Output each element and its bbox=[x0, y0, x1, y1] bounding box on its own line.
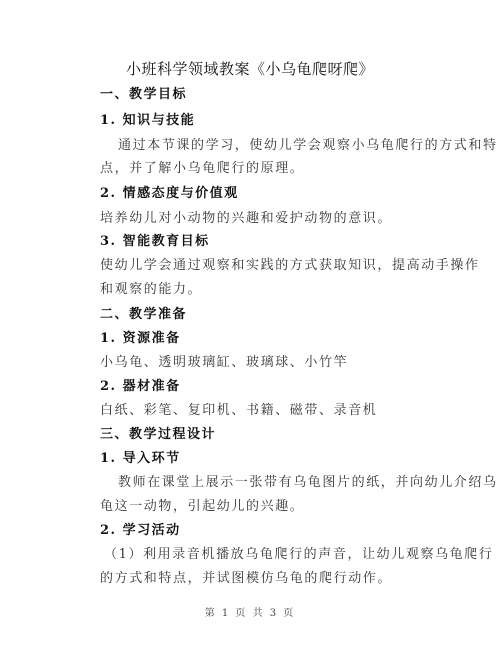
paragraph-line: 通过本节课的学习，使幼儿学会观察小乌龟爬行的方式和特 bbox=[118, 138, 498, 154]
section-heading-teaching-goals: 一、教学目标 bbox=[100, 87, 187, 103]
subheading-knowledge-skills: 1. 知识与技能 bbox=[100, 113, 195, 129]
paragraph-line: 使幼儿学会通过观察和实践的方式获取知识，提高动手操作 bbox=[100, 258, 480, 274]
document-title: 小班科学领域教案《小乌龟爬呀爬》 bbox=[0, 58, 500, 79]
paragraph-line: 小乌龟、透明玻璃缸、玻璃球、小竹竿 bbox=[100, 355, 348, 371]
section-heading-teaching-process: 三、教学过程设计 bbox=[100, 427, 216, 443]
subheading-resource-prep: 1. 资源准备 bbox=[100, 331, 181, 347]
paragraph-line: （1）利用录音机播放乌龟爬行的声音，让幼儿观察乌龟爬行 bbox=[104, 547, 493, 563]
subheading-learning-activity: 2. 学习活动 bbox=[100, 523, 181, 539]
subheading-equipment-prep: 2. 器材准备 bbox=[100, 379, 181, 395]
paragraph-line: 培养幼儿对小动物的兴趣和爱护动物的意识。 bbox=[100, 211, 392, 227]
paragraph-line: 和观察的能力。 bbox=[100, 282, 202, 298]
subheading-emotion-values: 2. 情感态度与价值观 bbox=[100, 186, 239, 202]
subheading-intelligence-goals: 3. 智能教育目标 bbox=[100, 234, 210, 250]
paragraph-line: 白纸、彩笔、复印机、书籍、磁带、录音机 bbox=[100, 403, 377, 419]
paragraph-line: 教师在课堂上展示一张带有乌龟图片的纸，并向幼儿介绍乌 bbox=[118, 475, 498, 491]
document-page: 小班科学领域教案《小乌龟爬呀爬》 一、教学目标 1. 知识与技能 通过本节课的学… bbox=[0, 0, 500, 647]
paragraph-line: 龟这一动物，引起幼儿的兴趣。 bbox=[100, 499, 304, 515]
page-number-footer: 第 1 页 共 3 页 bbox=[0, 604, 500, 619]
section-heading-teaching-prep: 二、教学准备 bbox=[100, 307, 187, 323]
paragraph-line: 的方式和特点，并试图模仿乌龟的爬行动作。 bbox=[100, 571, 392, 587]
paragraph-line: 点，并了解小乌龟爬行的原理。 bbox=[100, 161, 304, 177]
subheading-intro: 1. 导入环节 bbox=[100, 451, 181, 467]
